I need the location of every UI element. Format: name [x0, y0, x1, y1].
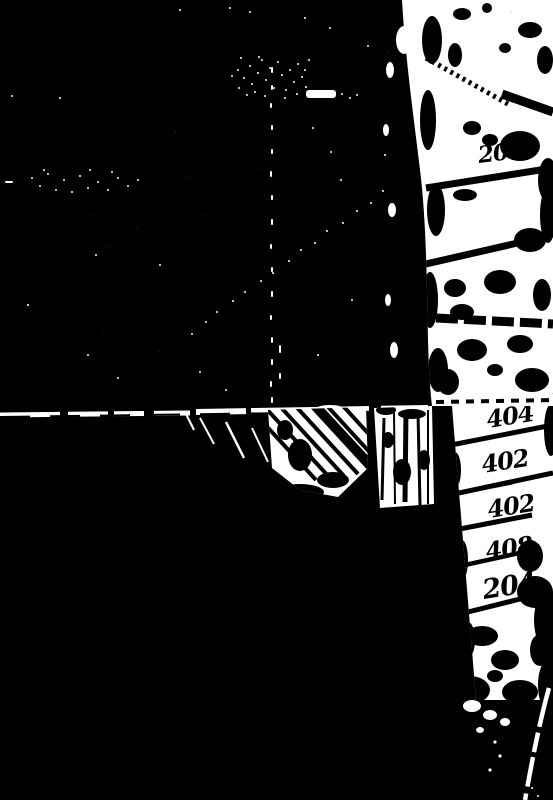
binarized-photo: 204: [0, 0, 553, 800]
upper-wall-speckle: [432, 0, 553, 406]
scene: 204: [0, 0, 553, 800]
field-speckle-noise: [0, 0, 395, 400]
mottled-strip: [372, 404, 436, 510]
